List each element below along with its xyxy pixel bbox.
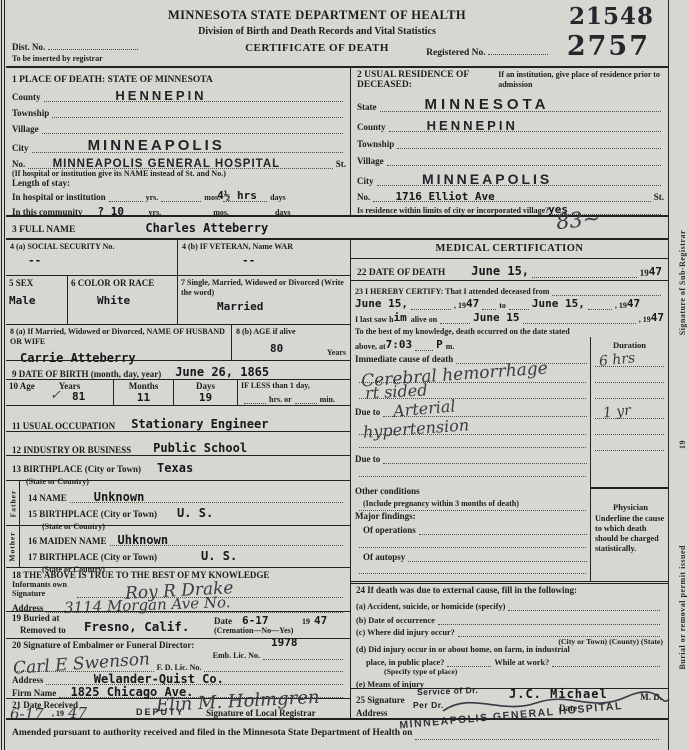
s10-months-value: 11 — [117, 391, 170, 404]
section-2-usual-residence: 2 USUAL RESIDENCE OF DECEASED: If an ins… — [351, 68, 668, 215]
cause-line-1: Cerebral hemorrhage — [359, 364, 586, 383]
s10-age-years: 10 Age Years ✓ 81 — [6, 380, 114, 405]
s11-value: Stationary Engineer — [131, 417, 268, 431]
s2-heading: 2 USUAL RESIDENCE OF DECEASED: — [357, 70, 498, 90]
s25-per-stamp: Per Dr. — [413, 700, 444, 710]
s21-year-pre: , 19 — [52, 709, 64, 718]
s1-village-label: Village — [12, 124, 39, 134]
dotted-leader — [109, 190, 143, 202]
dotted-leader — [419, 523, 587, 535]
s8a-spouse-name: 8 (a) If Married, Widowed or Divorced, N… — [6, 325, 232, 360]
death-certificate-document: Dist. No. To be inserted by registrar MI… — [0, 0, 689, 750]
section-21-date-received: 21 Date Received 6-17 , 19 47 DEPUTY Eli… — [6, 698, 350, 718]
s23-to-year: 47 — [627, 297, 640, 310]
s2-residence-question: Is residence within limits of city or in… — [357, 206, 549, 215]
s2-state-value: MINNESOTA — [425, 96, 550, 113]
blank-line — [359, 499, 586, 511]
other-conditions-label: Other conditions — [355, 486, 420, 496]
s7-value: Married — [217, 300, 347, 313]
amended-footer: Amended pursuant to authority received a… — [6, 718, 668, 750]
section-18-informant: 18 THE ABOVE IS TRUE TO THE BEST OF MY K… — [6, 567, 350, 611]
certificate-form: Dist. No. To be inserted by registrar MI… — [6, 0, 669, 750]
section-1-place-of-death: 1 PLACE OF DEATH: STATE OF MINNESOTA Cou… — [6, 68, 351, 215]
s7-marital-status: 7 Single, Married, Widowed or Divorced (… — [178, 276, 350, 325]
s10-less-label: IF LESS than 1 day, — [241, 381, 347, 390]
s24-d3-label: While at work? — [494, 658, 549, 667]
registered-no-label: Registered No. — [426, 48, 485, 58]
immediate-cause-label: Immediate cause of death — [355, 354, 453, 364]
s23-to-pre: , 19 — [615, 301, 627, 310]
right-margin: Signature of Sub-Registrar 19 Burial or … — [670, 0, 689, 750]
blank-line — [359, 435, 586, 448]
s18-sig-label1: Informants own — [12, 580, 74, 589]
s1-days-label: days — [270, 193, 286, 202]
dotted-leader — [508, 599, 660, 611]
blank-line — [595, 435, 664, 451]
s19-removed-label: Removed to — [20, 625, 66, 635]
duration-line-1: 6 hrs — [595, 351, 664, 367]
dotted-leader: MINNEAPOLIS — [377, 174, 662, 186]
s1-hospital-stay-label: In hospital or institution — [12, 192, 106, 202]
s23-to-word: to — [499, 301, 506, 310]
s16-value: Uhknown — [118, 533, 169, 547]
s19-date-label: Date — [214, 616, 232, 626]
dotted-leader — [552, 284, 661, 296]
s9-value: June 26, 1865 — [175, 365, 269, 379]
s20-address-value: Welander-Quist Co. — [94, 672, 224, 686]
s15-label: 15 BIRTHPLACE (City or Town) — [28, 509, 157, 519]
dotted-leader: Unknown — [70, 491, 343, 503]
dotted-leader — [415, 728, 659, 740]
section-9-date-of-birth: 9 DATE OF BIRTH (month, day, year) June … — [6, 360, 350, 379]
physician-word: Physician — [595, 502, 666, 512]
s11-label: 11 USUAL OCCUPATION — [12, 421, 115, 431]
s14-label: 14 NAME — [28, 493, 67, 503]
s24-c-label: (c) Where did injury occur? — [356, 628, 455, 637]
registered-no-field: Registered No. — [426, 48, 548, 58]
s2-no-label: No. — [357, 192, 370, 202]
section-23-certify: 23 I HEREBY CERTIFY: That I attended dec… — [351, 280, 668, 337]
main-body: 4 (a) SOCIAL SECURITY No. -- 4 (b) IF VE… — [6, 238, 668, 718]
s19-cremation-note: (Cremation—No—Yes) — [214, 626, 293, 635]
s8b-unit: Years — [327, 348, 346, 357]
dotted-leader — [523, 312, 636, 324]
s19-year-pre: 19 — [302, 617, 310, 626]
section-11-occupation: 11 USUAL OCCUPATION Stationary Engineer — [6, 405, 350, 431]
cause-line-2: rt sided — [359, 383, 586, 399]
s23-certify-text: 23 I HEREBY CERTIFY: That I attended dec… — [355, 287, 549, 296]
s1-hospital-note: (If hospital or institution give its NAM… — [12, 169, 226, 178]
s12-label: 12 INDUSTRY OR BUSINESS — [12, 445, 131, 455]
s2-county-value: HENNEPIN — [427, 118, 518, 133]
s4b-value: -- — [242, 254, 346, 267]
dotted-leader — [161, 190, 201, 202]
s8b-label: 8 (b) AGE if alive — [236, 327, 346, 336]
dotted-leader — [415, 339, 433, 351]
s18-sig-label2: Signature — [12, 589, 74, 598]
section-12-industry: 12 INDUSTRY OR BUSINESS Public School — [6, 431, 350, 456]
s24-d-note: (Specify type of place) — [356, 667, 663, 675]
dotted-leader — [397, 137, 661, 149]
section-19-burial: 19 Buried at Removed to Fresno, Calif. D… — [6, 611, 350, 638]
dotted-leader: HENNEPIN — [44, 90, 343, 102]
s10-hrs-label: hrs. or — [269, 395, 292, 404]
dotted-leader: 1978 — [263, 648, 343, 660]
section-22-date-of-death: 22 DATE OF DEATH June 15, 19 47 — [351, 258, 668, 280]
major-findings-label: Major findings: — [355, 511, 590, 522]
s25-address-label: Address — [356, 708, 387, 718]
s20-emb-lic-value: 1978 — [271, 636, 298, 661]
s23-time-m: m. — [446, 342, 455, 351]
dotted-leader — [387, 154, 661, 166]
s20-fd-lic-label: F. D. Lic. No. — [157, 663, 202, 672]
s10-months-label: Months — [117, 381, 170, 391]
place-and-residence-row: 1 PLACE OF DEATH: STATE OF MINNESOTA Cou… — [6, 68, 668, 215]
s1-hospital-stay-value: 4½ hrs — [217, 189, 257, 202]
s3-label: 3 FULL NAME — [12, 225, 75, 235]
blank-line — [595, 383, 664, 399]
s25-label: 25 Signature — [356, 695, 405, 705]
section-10-age-row: 10 Age Years ✓ 81 Months 11 Days 19 IF — [6, 379, 350, 405]
mother-side-label: Mother — [6, 526, 20, 567]
s1-st-label: St. — [336, 159, 346, 169]
burial-permit-margin-label: Burial or removal permit issued — [678, 545, 687, 670]
s2-st-label: St. — [654, 192, 664, 202]
s1-city-label: City — [12, 143, 29, 153]
s10-days-value: 19 — [177, 391, 234, 404]
s10-days: Days 19 — [174, 380, 238, 405]
s23-time: 7:03 — [386, 338, 413, 351]
s1-hospital-value: MINNEAPOLIS GENERAL HOSPITAL — [53, 158, 281, 170]
s20-firm-label: Firm Name — [12, 688, 56, 698]
s20-emb-lic-label: Emb. Lic. No. — [213, 651, 260, 660]
s4a-social-security: 4 (a) SOCIAL SECURITY No. -- — [6, 240, 178, 275]
father-side-text: Father — [8, 490, 17, 518]
s6-value: White — [97, 294, 174, 307]
margin-year-label: 19 — [678, 440, 687, 449]
s6-color-race: 6 COLOR OR RACE White — [68, 276, 178, 325]
dotted-leader — [48, 49, 138, 50]
dotted-leader — [588, 298, 612, 310]
s1-township-label: Township — [12, 108, 49, 118]
dotted-leader — [482, 298, 496, 310]
s23-saw-year: 47 — [651, 311, 664, 324]
dotted-leader — [411, 298, 451, 310]
duration-column: Duration 6 hrs 1 yr Physician Underline … — [590, 337, 668, 582]
s1-no-label: No. — [12, 159, 25, 169]
physician-instruction: Underline the cause to which death shoul… — [595, 514, 666, 555]
s24-a-label: (a) Accident, suicide, or homicide (spec… — [356, 602, 505, 611]
s23-best2: above, at — [355, 342, 386, 351]
s10-months: Months 11 — [114, 380, 174, 405]
blank-line — [595, 419, 664, 435]
dotted-leader — [408, 550, 587, 562]
s20-heading: 20 Signature of Embalmer or Funeral Dire… — [12, 640, 194, 650]
section-25-signature: 25 Signature Service of Dr. Per Dr. J.C.… — [351, 688, 668, 718]
s23-from-date: June 15, — [355, 297, 408, 310]
s3-handwritten-annotation: 83~ — [555, 206, 602, 235]
s10-checkmark: ✓ — [50, 388, 61, 403]
s21-year-value: 47 — [68, 704, 87, 722]
dotted-leader: MINNEAPOLIS — [32, 141, 344, 153]
dotted-leader: Carl E Swenson — [15, 658, 154, 672]
s10-if-less: IF LESS than 1 day, hrs. or min. — [238, 380, 350, 405]
s2-township-label: Township — [357, 139, 394, 149]
s4a-value: -- — [28, 254, 173, 267]
dotted-leader: Uhknown — [110, 534, 344, 546]
cause-of-death-area: above, at 7:03 P m. Immediate cause of d… — [351, 337, 668, 582]
s1-county-value: HENNEPIN — [115, 88, 206, 103]
s5-label: 5 SEX — [9, 278, 64, 288]
blank-line — [595, 367, 664, 383]
s16-label: 16 MAIDEN NAME — [28, 536, 107, 546]
dist-no-label: Dist. No. — [12, 42, 45, 52]
s12-value: Public School — [153, 441, 247, 455]
medical-column: MEDICAL CERTIFICATION 22 DATE OF DEATH J… — [351, 240, 668, 718]
sub-registrar-margin-label: Signature of Sub-Registrar — [678, 230, 687, 335]
mother-side-text: Mother — [8, 532, 17, 562]
s17-value: U. S. — [201, 549, 237, 563]
certificate-header: Dist. No. To be inserted by registrar MI… — [6, 0, 668, 68]
s2-city-value: MINNEAPOLIS — [422, 171, 552, 187]
s4a-label: 4 (a) SOCIAL SECURITY No. — [10, 242, 173, 251]
s5-value: Male — [9, 294, 64, 307]
s23-to-date: June 15, — [532, 297, 585, 310]
s24-d1-label: (d) Did injury occur in or about home, o… — [356, 645, 663, 655]
dotted-leader — [383, 452, 587, 464]
s1-city-value: MINNEAPOLIS — [88, 137, 225, 154]
registered-number-stamp: 2757 — [567, 31, 650, 62]
s24-c-note: (City or Town) (County) (State) — [356, 637, 663, 645]
blank-line — [359, 535, 586, 548]
section-8-row: 8 (a) If Married, Widowed or Divorced, N… — [6, 324, 350, 360]
s19-place-value: Fresno, Calif. — [84, 619, 189, 634]
s25-md: M. D. — [640, 692, 662, 702]
s2-village-label: Village — [357, 156, 384, 166]
s7-label: 7 Single, Married, Widowed or Divorced (… — [181, 278, 347, 299]
s2-city-label: City — [357, 176, 374, 186]
s23-saw-date: June 15 — [473, 311, 519, 324]
file-number-stamp: 21548 — [569, 3, 654, 30]
s23-time-p: P — [436, 338, 443, 351]
s25-service-stamp: Service of Dr. — [417, 685, 479, 697]
s2-state-label: State — [357, 102, 377, 112]
s2-institution-note: If an institution, give place of residen… — [498, 70, 664, 89]
s21-registrar-label: Signature of Local Registrar — [206, 708, 316, 718]
dotted-leader — [244, 392, 266, 404]
medical-certification-heading: MEDICAL CERTIFICATION — [351, 240, 668, 258]
physician-instruction-box: Physician Underline the cause to which d… — [591, 487, 668, 582]
duration-header: Duration — [591, 337, 668, 351]
dotted-leader — [447, 655, 491, 667]
s21-date-value: 6-17 — [10, 705, 44, 723]
section-5-6-7-row: 5 SEX Male 6 COLOR OR RACE White 7 Singl… — [6, 275, 350, 325]
s22-label: 22 DATE OF DEATH — [357, 268, 445, 278]
blank-line — [359, 562, 586, 574]
dotted-leader — [509, 298, 529, 310]
s13-value: Texas — [157, 461, 193, 475]
s10-min-label: min. — [320, 395, 335, 404]
cause-line-3: hypertension — [359, 417, 586, 435]
dotted-leader — [532, 266, 637, 278]
s23-him: im — [393, 311, 406, 324]
blank-line — [359, 464, 586, 477]
dotted-leader: Welander-Quist Co. — [46, 673, 343, 685]
of-autopsy-label: Of autopsy — [363, 552, 405, 562]
due-to-1-label: Due to — [355, 407, 380, 417]
division-subtitle: Division of Birth and Death Records and … — [126, 26, 508, 37]
s19-year-value: 47 — [314, 614, 327, 627]
dotted-leader — [52, 106, 343, 118]
due-to-2-label: Due to — [355, 454, 380, 464]
dotted-leader — [204, 660, 343, 672]
s24-d2-label: place, in public place? — [366, 658, 444, 667]
s1-heading: 1 PLACE OF DEATH: STATE OF MINNESOTA — [12, 75, 213, 85]
s1-stay-label: Length of stay: — [12, 178, 70, 188]
dotted-leader — [440, 312, 470, 324]
dotted-leader — [42, 122, 343, 134]
dotted-leader: 1716 Elliot Ave — [373, 190, 650, 202]
s23-best1: To the best of my knowledge, death occur… — [355, 327, 570, 336]
s1-yrs-label: yrs. — [146, 193, 159, 202]
section-3-full-name: 3 FULL NAME Charles Atteberry 83~ — [6, 215, 668, 238]
amended-text: Amended pursuant to authority received a… — [12, 728, 412, 738]
s8b-age-if-alive: 8 (b) AGE if alive 80 Years — [232, 325, 350, 360]
s8a-label: 8 (a) If Married, Widowed or Divorced, N… — [10, 327, 227, 347]
dotted-leader — [295, 392, 317, 404]
s1-county-label: County — [12, 92, 41, 102]
dist-no-note: To be inserted by registrar — [12, 54, 103, 63]
s23-alive-on: alive on — [411, 315, 437, 324]
section-4-row: 4 (a) SOCIAL SECURITY No. -- 4 (b) IF VE… — [6, 240, 350, 275]
s10-days-label: Days — [177, 381, 234, 391]
of-operations-label: Of operations — [363, 525, 416, 535]
dotted-leader — [488, 54, 548, 55]
s15-value: U. S. — [177, 506, 213, 520]
s6-label: 6 COLOR OR RACE — [71, 278, 174, 288]
s22-year-value: 47 — [649, 265, 662, 278]
s23-from-year: 47 — [466, 297, 479, 310]
section-13-birthplace: 13 BIRTHPLACE (City or Town) Texas (Stat… — [6, 455, 350, 480]
s4b-label: 4 (b) IF VETERAN, Name WAR — [182, 242, 346, 251]
s23-saw-pre: , 19 — [639, 315, 651, 324]
personal-column: 4 (a) SOCIAL SECURITY No. -- 4 (b) IF VE… — [6, 240, 351, 718]
s19-buried-label: 19 Buried at — [12, 613, 60, 623]
s25-date-label: Date — [559, 703, 577, 713]
dist-no-field: Dist. No. — [12, 42, 138, 52]
father-side-label: Father — [6, 481, 20, 525]
s22-year-pre: 19 — [640, 268, 649, 278]
cause-lines: above, at 7:03 P m. Immediate cause of d… — [351, 337, 590, 582]
dotted-leader: Arterial — [383, 405, 587, 417]
father-block: Father 14 NAME Unknown 15 BIRTHPLACE (Ci… — [6, 480, 350, 525]
s24-b-label: (b) Date of occurrence — [356, 616, 435, 625]
s17-label: 17 BIRTHPLACE (City or Town) — [28, 552, 157, 562]
duration-line-2: 1 yr — [595, 399, 664, 419]
s10-label: 10 Age — [9, 381, 35, 391]
department-title: MINNESOTA STATE DEPARTMENT OF HEALTH — [126, 8, 508, 23]
s23-from-pre: , 19 — [454, 301, 466, 310]
s4b-veteran: 4 (b) IF VETERAN, Name WAR -- — [178, 240, 350, 275]
s9-label: 9 DATE OF BIRTH (month, day, year) — [12, 369, 161, 379]
s10-years-value: 81 — [72, 390, 85, 403]
s25-doctor-name: J.C. Michael — [509, 687, 608, 701]
s5-sex: 5 SEX Male — [6, 276, 68, 325]
dotted-leader: 4½ hrs — [223, 190, 267, 202]
s14-value: Unknown — [94, 490, 145, 504]
s3-name-value: Charles Atteberry — [145, 221, 268, 235]
dotted-leader — [438, 613, 660, 625]
s13-label: 13 BIRTHPLACE (City or Town) — [12, 464, 141, 474]
section-24-external-cause: 24 If death was due to external cause, f… — [351, 581, 668, 688]
s23-last-saw: I last saw h — [355, 315, 393, 324]
dotted-leader: MINNESOTA — [380, 100, 662, 112]
left-border-rule — [1, 0, 5, 750]
dotted-leader — [458, 625, 660, 637]
dotted-leader: MINNEAPOLIS GENERAL HOSPITAL — [28, 157, 332, 169]
dotted-leader — [552, 655, 660, 667]
dotted-leader: HENNEPIN — [389, 120, 661, 132]
s2-county-label: County — [357, 122, 386, 132]
s24-heading: 24 If death was due to external cause, f… — [356, 585, 663, 597]
s22-date-value: June 15, — [471, 264, 529, 278]
s2-street-value: 1716 Elliot Ave — [395, 190, 494, 203]
mother-block: Mother 16 MAIDEN NAME Uhknown 17 BIRTHPL… — [6, 525, 350, 567]
